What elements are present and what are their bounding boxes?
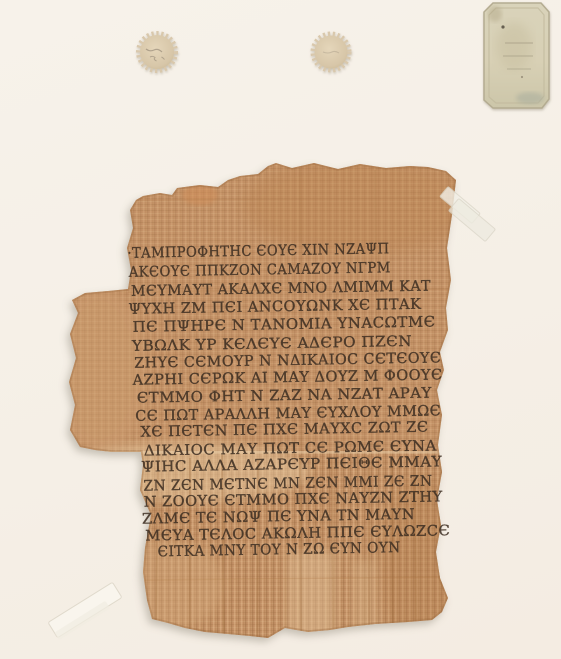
archival-label-icon <box>484 3 549 108</box>
label-stain <box>488 6 502 22</box>
label-speck <box>501 25 504 28</box>
label-faded-writing <box>507 68 531 70</box>
rosette-seal-icon <box>313 34 349 70</box>
photo-stage: ·ΤΑΜΠΡΟΦΗΤΗC ЄΟΥЄ ΧΙΝ ΝΖΑΨΠ ΑΚЄΟΥЄ ΠΠΚΖΟ… <box>0 0 561 659</box>
label-speck <box>521 76 523 78</box>
papyrus-photo: ·ΤΑΜΠΡΟΦΗΤΗC ЄΟΥЄ ΧΙΝ ΝΖΑΨΠ ΑΚЄΟΥЄ ΠΠΚΖΟ… <box>0 0 561 659</box>
tape-strip-icon <box>48 582 122 640</box>
coptic-text-block: ·ΤΑΜΠΡΟΦΗΤΗC ЄΟΥЄ ΧΙΝ ΝΖΑΨΠ ΑΚЄΟΥЄ ΠΠΚΖΟ… <box>127 240 450 561</box>
label-stain <box>516 92 544 104</box>
label-faded-writing <box>503 55 533 57</box>
label-stain <box>496 22 532 70</box>
label-faded-writing <box>505 42 533 44</box>
rosette-seal-icon <box>139 34 176 71</box>
